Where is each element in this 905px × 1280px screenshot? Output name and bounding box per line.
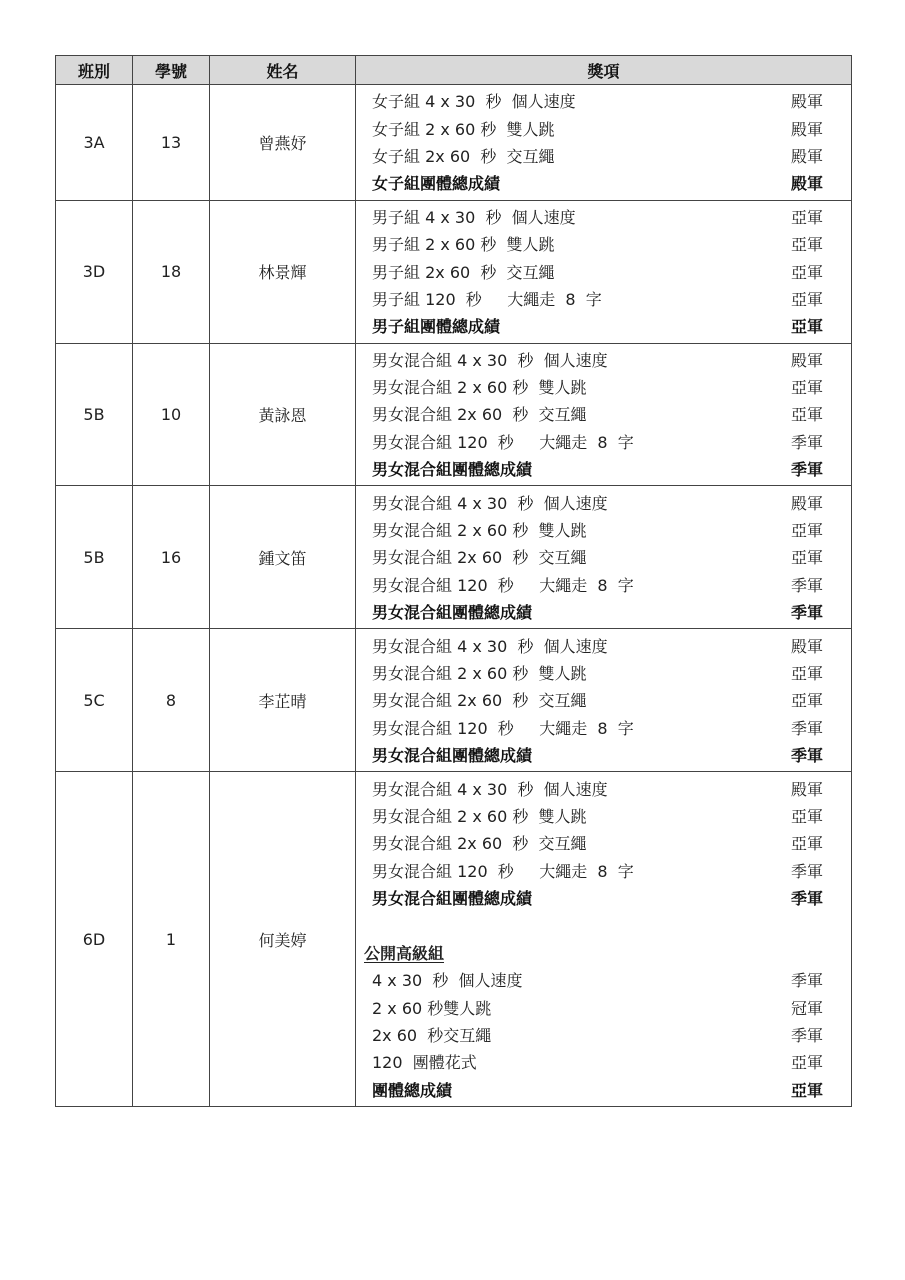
cell-student-no: 13 <box>133 85 210 201</box>
award-line: 女子組 2 x 60 秒 雙人跳 殿軍 <box>372 115 823 142</box>
award-result: 亞軍 <box>791 204 823 231</box>
award-line: 男女混合組 4 x 30 秒 個人速度 殿軍 <box>372 347 823 374</box>
cell-class: 3A <box>56 85 133 201</box>
award-result: 殿軍 <box>791 347 823 374</box>
award-event: 女子組 2 x 60 秒 雙人跳 <box>372 116 555 143</box>
award-line: 男女混合組 4 x 30 秒 個人速度 殿軍 <box>372 489 823 516</box>
award-event: 4 x 30 秒 個人速度 <box>372 967 523 994</box>
award-total-line: 男女混合組團體總成績 季軍 <box>372 456 823 483</box>
award-line: 男子組 4 x 30 秒 個人速度 亞軍 <box>372 204 823 231</box>
cell-student-no: 8 <box>133 629 210 772</box>
cell-name: 鍾文笛 <box>210 486 356 629</box>
award-event: 男女混合組 2 x 60 秒 雙人跳 <box>372 660 587 687</box>
award-line: 男女混合組 120 秒 大繩走 8 字 季軍 <box>372 429 823 456</box>
award-event: 男子組 2x 60 秒 交互繩 <box>372 259 555 286</box>
award-line: 女子組 4 x 30 秒 個人速度 殿軍 <box>372 88 823 115</box>
cell-student-no: 16 <box>133 486 210 629</box>
header-student-no: 學號 <box>133 56 210 85</box>
open-section-heading-text: 公開高級組 <box>364 944 444 963</box>
award-event: 女子組團體總成績 <box>372 170 500 197</box>
award-event: 男女混合組 4 x 30 秒 個人速度 <box>372 347 608 374</box>
award-line: 男女混合組 2 x 60 秒 雙人跳 亞軍 <box>372 660 823 687</box>
cell-class: 6D <box>56 772 133 1107</box>
award-event: 男女混合組 120 秒 大繩走 8 字 <box>372 572 634 599</box>
cell-awards: 男女混合組 4 x 30 秒 個人速度 殿軍 男女混合組 2 x 60 秒 雙人… <box>356 772 852 1107</box>
award-event: 團體總成績 <box>372 1077 452 1104</box>
cell-awards: 男女混合組 4 x 30 秒 個人速度 殿軍 男女混合組 2 x 60 秒 雙人… <box>356 629 852 772</box>
award-line: 男女混合組 4 x 30 秒 個人速度 殿軍 <box>372 632 823 659</box>
award-result: 亞軍 <box>791 401 823 428</box>
open-section-heading: 公開高級組 <box>364 940 823 967</box>
cell-awards: 女子組 4 x 30 秒 個人速度 殿軍 女子組 2 x 60 秒 雙人跳 殿軍… <box>356 85 852 201</box>
award-result: 亞軍 <box>791 544 823 571</box>
header-name: 姓名 <box>210 56 356 85</box>
cell-name: 曾燕妤 <box>210 85 356 201</box>
award-line: 男女混合組 2x 60 秒 交互繩 亞軍 <box>372 687 823 714</box>
award-result: 季軍 <box>791 858 823 885</box>
award-result: 亞軍 <box>791 259 823 286</box>
award-result: 季軍 <box>791 885 823 912</box>
cell-class: 5B <box>56 486 133 629</box>
award-event: 男女混合組 2x 60 秒 交互繩 <box>372 687 587 714</box>
award-result: 季軍 <box>791 572 823 599</box>
award-line: 女子組 2x 60 秒 交互繩 殿軍 <box>372 143 823 170</box>
cell-student-no: 1 <box>133 772 210 1107</box>
award-event: 男女混合組 2 x 60 秒 雙人跳 <box>372 517 587 544</box>
cell-awards: 男子組 4 x 30 秒 個人速度 亞軍 男子組 2 x 60 秒 雙人跳 亞軍… <box>356 200 852 343</box>
cell-awards: 男女混合組 4 x 30 秒 個人速度 殿軍 男女混合組 2 x 60 秒 雙人… <box>356 343 852 486</box>
table-row: 5C 8 李芷晴 男女混合組 4 x 30 秒 個人速度 殿軍 男女混合組 2 … <box>56 629 852 772</box>
award-line: 男女混合組 2x 60 秒 交互繩 亞軍 <box>372 830 823 857</box>
award-result: 亞軍 <box>791 687 823 714</box>
award-total-line: 男女混合組團體總成績 季軍 <box>372 599 823 626</box>
award-event: 女子組 4 x 30 秒 個人速度 <box>372 88 576 115</box>
award-event: 男女混合組 120 秒 大繩走 8 字 <box>372 715 634 742</box>
award-result: 亞軍 <box>791 231 823 258</box>
table-row: 3D 18 林景輝 男子組 4 x 30 秒 個人速度 亞軍 男子組 2 x 6… <box>56 200 852 343</box>
award-event: 男女混合組 4 x 30 秒 個人速度 <box>372 633 608 660</box>
award-event: 男女混合組 4 x 30 秒 個人速度 <box>372 776 608 803</box>
award-event: 男女混合組團體總成績 <box>372 599 532 626</box>
award-event: 2 x 60 秒雙人跳 <box>372 995 491 1022</box>
cell-name: 何美婷 <box>210 772 356 1107</box>
award-result: 亞軍 <box>791 803 823 830</box>
award-result: 亞軍 <box>791 517 823 544</box>
cell-awards: 男女混合組 4 x 30 秒 個人速度 殿軍 男女混合組 2 x 60 秒 雙人… <box>356 486 852 629</box>
award-result: 亞軍 <box>791 286 823 313</box>
award-line: 男女混合組 2x 60 秒 交互繩 亞軍 <box>372 544 823 571</box>
award-line: 男女混合組 4 x 30 秒 個人速度 殿軍 <box>372 775 823 802</box>
award-line: 4 x 30 秒 個人速度 季軍 <box>372 967 823 994</box>
award-event: 男子組團體總成績 <box>372 313 500 340</box>
award-event: 男女混合組 120 秒 大繩走 8 字 <box>372 858 634 885</box>
table-row: 5B 10 黃詠恩 男女混合組 4 x 30 秒 個人速度 殿軍 男女混合組 2… <box>56 343 852 486</box>
award-result: 亞軍 <box>791 1077 823 1104</box>
cell-name: 林景輝 <box>210 200 356 343</box>
award-event: 男女混合組團體總成績 <box>372 742 532 769</box>
blank-spacer <box>372 912 823 939</box>
award-total-line: 團體總成績 亞軍 <box>372 1077 823 1104</box>
award-result: 冠軍 <box>791 995 823 1022</box>
award-event: 男女混合組團體總成績 <box>372 885 532 912</box>
cell-class: 3D <box>56 200 133 343</box>
cell-class: 5B <box>56 343 133 486</box>
award-result: 亞軍 <box>791 374 823 401</box>
award-total-line: 男子組團體總成績 亞軍 <box>372 313 823 340</box>
header-row: 班別 學號 姓名 獎項 <box>56 56 852 85</box>
award-event: 120 團體花式 <box>372 1049 477 1076</box>
award-line: 男子組 120 秒 大繩走 8 字 亞軍 <box>372 286 823 313</box>
award-result: 季軍 <box>791 599 823 626</box>
award-event: 2x 60 秒交互繩 <box>372 1022 491 1049</box>
award-event: 男子組 2 x 60 秒 雙人跳 <box>372 231 555 258</box>
award-line: 男女混合組 2x 60 秒 交互繩 亞軍 <box>372 401 823 428</box>
award-result: 殿軍 <box>791 88 823 115</box>
award-line: 120 團體花式 亞軍 <box>372 1049 823 1076</box>
award-result: 殿軍 <box>791 633 823 660</box>
award-result: 殿軍 <box>791 116 823 143</box>
award-result: 季軍 <box>791 456 823 483</box>
award-result: 季軍 <box>791 429 823 456</box>
cell-name: 李芷晴 <box>210 629 356 772</box>
award-total-line: 男女混合組團體總成績 季軍 <box>372 885 823 912</box>
awards-table: 班別 學號 姓名 獎項 3A 13 曾燕妤 女子組 4 x 30 秒 個人速度 … <box>55 55 852 1107</box>
award-result: 殿軍 <box>791 490 823 517</box>
award-line: 男女混合組 120 秒 大繩走 8 字 季軍 <box>372 715 823 742</box>
award-event: 男子組 120 秒 大繩走 8 字 <box>372 286 602 313</box>
award-result: 殿軍 <box>791 143 823 170</box>
award-line: 2 x 60 秒雙人跳 冠軍 <box>372 995 823 1022</box>
award-line: 男女混合組 2 x 60 秒 雙人跳 亞軍 <box>372 374 823 401</box>
award-line: 男女混合組 2 x 60 秒 雙人跳 亞軍 <box>372 517 823 544</box>
award-event: 男子組 4 x 30 秒 個人速度 <box>372 204 576 231</box>
award-total-line: 女子組團體總成績 殿軍 <box>372 170 823 197</box>
award-event: 男女混合組 4 x 30 秒 個人速度 <box>372 490 608 517</box>
award-line: 男女混合組 120 秒 大繩走 8 字 季軍 <box>372 572 823 599</box>
award-line: 男女混合組 120 秒 大繩走 8 字 季軍 <box>372 858 823 885</box>
cell-student-no: 10 <box>133 343 210 486</box>
table-row: 5B 16 鍾文笛 男女混合組 4 x 30 秒 個人速度 殿軍 男女混合組 2… <box>56 486 852 629</box>
award-line: 2x 60 秒交互繩 季軍 <box>372 1022 823 1049</box>
award-total-line: 男女混合組團體總成績 季軍 <box>372 742 823 769</box>
header-awards: 獎項 <box>356 56 852 85</box>
award-result: 季軍 <box>791 742 823 769</box>
award-line: 男子組 2x 60 秒 交互繩 亞軍 <box>372 258 823 285</box>
award-result: 亞軍 <box>791 313 823 340</box>
award-result: 季軍 <box>791 715 823 742</box>
cell-class: 5C <box>56 629 133 772</box>
table-row: 3A 13 曾燕妤 女子組 4 x 30 秒 個人速度 殿軍 女子組 2 x 6… <box>56 85 852 201</box>
award-event: 男女混合組 120 秒 大繩走 8 字 <box>372 429 634 456</box>
award-event: 男女混合組 2x 60 秒 交互繩 <box>372 830 587 857</box>
award-event: 男女混合組 2 x 60 秒 雙人跳 <box>372 803 587 830</box>
award-result: 亞軍 <box>791 830 823 857</box>
award-event: 女子組 2x 60 秒 交互繩 <box>372 143 555 170</box>
award-event: 男女混合組團體總成績 <box>372 456 532 483</box>
award-result: 季軍 <box>791 1022 823 1049</box>
award-line: 男子組 2 x 60 秒 雙人跳 亞軍 <box>372 231 823 258</box>
award-line: 男女混合組 2 x 60 秒 雙人跳 亞軍 <box>372 803 823 830</box>
award-result: 殿軍 <box>791 776 823 803</box>
award-event: 男女混合組 2x 60 秒 交互繩 <box>372 544 587 571</box>
award-event: 男女混合組 2 x 60 秒 雙人跳 <box>372 374 587 401</box>
cell-student-no: 18 <box>133 200 210 343</box>
table-row: 6D 1 何美婷 男女混合組 4 x 30 秒 個人速度 殿軍 男女混合組 2 … <box>56 772 852 1107</box>
award-result: 亞軍 <box>791 660 823 687</box>
award-event: 男女混合組 2x 60 秒 交互繩 <box>372 401 587 428</box>
cell-name: 黃詠恩 <box>210 343 356 486</box>
header-class: 班別 <box>56 56 133 85</box>
award-result: 殿軍 <box>791 170 823 197</box>
award-result: 亞軍 <box>791 1049 823 1076</box>
award-result: 季軍 <box>791 967 823 994</box>
